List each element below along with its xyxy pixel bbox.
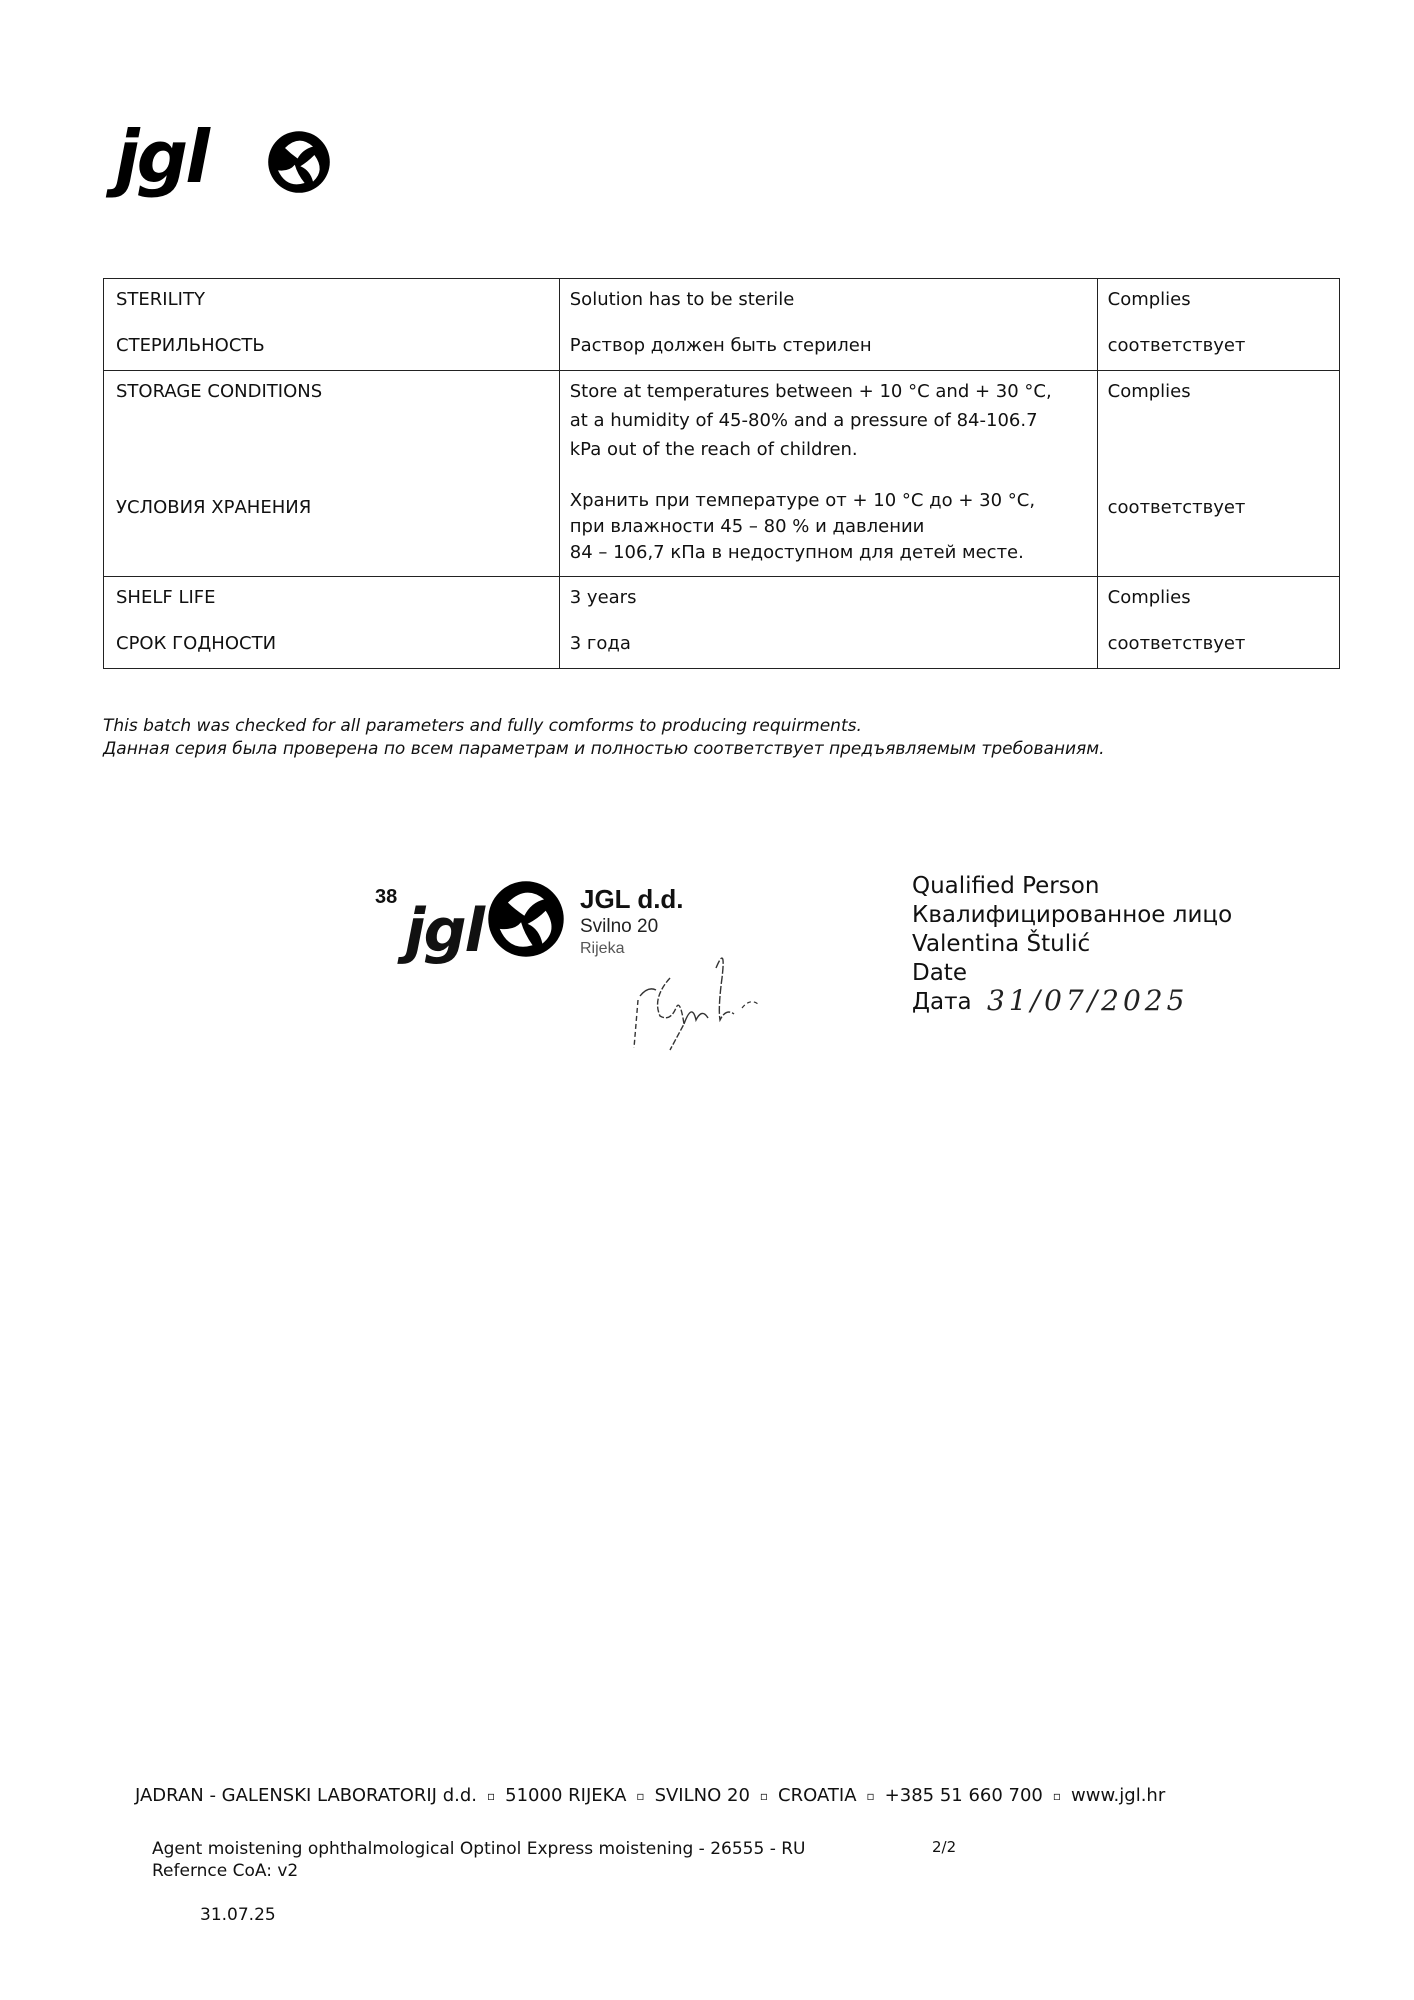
parameter-en: STORAGE CONDITIONS — [116, 377, 547, 406]
requirement-ru-line: 84 – 106,7 кПа в недоступном для детей м… — [570, 540, 1085, 566]
conclusion-ru: Данная серия была проверена по всем пара… — [103, 738, 1105, 761]
stamp-company-name: JGL d.d. — [580, 884, 684, 915]
separator-icon: ▫ — [636, 1789, 644, 1803]
stamp-number: 38 — [375, 886, 397, 909]
specification-table: STERILITY СТЕРИЛЬНОСТЬ Solution has to b… — [103, 278, 1340, 669]
footer-postal: 51000 RIJEKA — [505, 1785, 626, 1806]
logo-wordmark: jgl — [115, 115, 207, 199]
qp-title-ru: Квалифицированное лицо — [912, 901, 1232, 930]
requirement-ru: Раствор должен быть стерилен — [570, 331, 1085, 360]
date-row: Дата 31/07/2025 — [912, 988, 1232, 1017]
conclusion-statement: This batch was checked for all parameter… — [103, 715, 1105, 761]
document-reference: Agent moistening ophthalmological Optino… — [152, 1838, 806, 1882]
result-ru: соответствует — [1108, 629, 1327, 658]
jgl-swirl-logo-icon — [485, 878, 567, 960]
separator-icon: ▫ — [867, 1789, 875, 1803]
result-en: Complies — [1108, 583, 1327, 612]
requirement-cell: Store at temperatures between + 10 °C an… — [559, 371, 1097, 577]
company-stamp: 38 jgl JGL d.d. Svilno 20 Rijeka — [375, 870, 795, 1070]
product-line: Agent moistening ophthalmological Optino… — [152, 1838, 806, 1860]
footer-phone: +385 51 660 700 — [885, 1785, 1043, 1806]
handwritten-date: 31/07/2025 — [987, 986, 1188, 1015]
parameter-cell: STORAGE CONDITIONS УСЛОВИЯ ХРАНЕНИЯ — [104, 371, 560, 577]
qp-title-en: Qualified Person — [912, 872, 1232, 901]
parameter-en: STERILITY — [116, 285, 547, 314]
result-cell: Complies соответствует — [1097, 279, 1339, 371]
table-row: STORAGE CONDITIONS УСЛОВИЯ ХРАНЕНИЯ Stor… — [104, 371, 1340, 577]
separator-icon: ▫ — [487, 1789, 495, 1803]
footer-website[interactable]: www.jgl.hr — [1071, 1785, 1165, 1806]
page-number: 2/2 — [932, 1838, 956, 1856]
table-row: SHELF LIFE СРОК ГОДНОСТИ 3 years 3 года … — [104, 577, 1340, 669]
parameter-ru: СТЕРИЛЬНОСТЬ — [116, 331, 547, 360]
date-label-ru: Дата — [912, 989, 972, 1015]
result-cell: Complies соответствует — [1097, 371, 1339, 577]
requirement-en: 3 years — [570, 583, 1085, 612]
conclusion-en: This batch was checked for all parameter… — [103, 715, 1105, 738]
result-en: Complies — [1108, 377, 1327, 406]
requirement-en-line: at a humidity of 45-80% and a pressure o… — [570, 406, 1085, 435]
stamp-wordmark: jgl — [405, 896, 483, 966]
parameter-en: SHELF LIFE — [116, 583, 547, 612]
requirement-ru-line: Хранить при температуре от + 10 °C до + … — [570, 488, 1085, 514]
result-ru: соответствует — [1108, 331, 1327, 360]
parameter-cell: SHELF LIFE СРОК ГОДНОСТИ — [104, 577, 560, 669]
table-row: STERILITY СТЕРИЛЬНОСТЬ Solution has to b… — [104, 279, 1340, 371]
result-en: Complies — [1108, 285, 1327, 314]
result-cell: Complies соответствует — [1097, 577, 1339, 669]
print-date: 31.07.25 — [200, 1905, 276, 1925]
separator-icon: ▫ — [760, 1789, 768, 1803]
parameter-cell: STERILITY СТЕРИЛЬНОСТЬ — [104, 279, 560, 371]
qualified-person-block: Qualified Person Квалифицированное лицо … — [912, 872, 1232, 1017]
result-ru: соответствует — [1108, 493, 1327, 522]
parameter-ru: СРОК ГОДНОСТИ — [116, 629, 547, 658]
requirement-ru-line: при влажности 45 – 80 % и давлении — [570, 514, 1085, 540]
requirement-cell: 3 years 3 года — [559, 577, 1097, 669]
jgl-logo: jgl — [115, 105, 345, 235]
requirement-en-line: kPa out of the reach of children. — [570, 435, 1085, 464]
jgl-swirl-logo-icon — [263, 127, 335, 197]
requirement-ru: 3 года — [570, 629, 1085, 658]
footer-country: CROATIA — [778, 1785, 856, 1806]
qp-name: Valentina Štulić — [912, 930, 1232, 959]
signature-icon — [630, 938, 780, 1053]
footer-address: JADRAN - GALENSKI LABORATORIJ d.d.▫51000… — [135, 1785, 1165, 1806]
footer-company: JADRAN - GALENSKI LABORATORIJ d.d. — [135, 1785, 477, 1806]
parameter-ru: УСЛОВИЯ ХРАНЕНИЯ — [116, 493, 547, 522]
stamp-street: Svilno 20 — [580, 916, 658, 938]
stamp-city: Rijeka — [580, 940, 624, 958]
requirement-cell: Solution has to be sterile Раствор долже… — [559, 279, 1097, 371]
requirement-en-line: Store at temperatures between + 10 °C an… — [570, 377, 1085, 406]
reference-coa: Refernce CoA: v2 — [152, 1860, 806, 1882]
separator-icon: ▫ — [1053, 1789, 1061, 1803]
footer-street: SVILNO 20 — [655, 1785, 750, 1806]
requirement-en: Solution has to be sterile — [570, 285, 1085, 314]
